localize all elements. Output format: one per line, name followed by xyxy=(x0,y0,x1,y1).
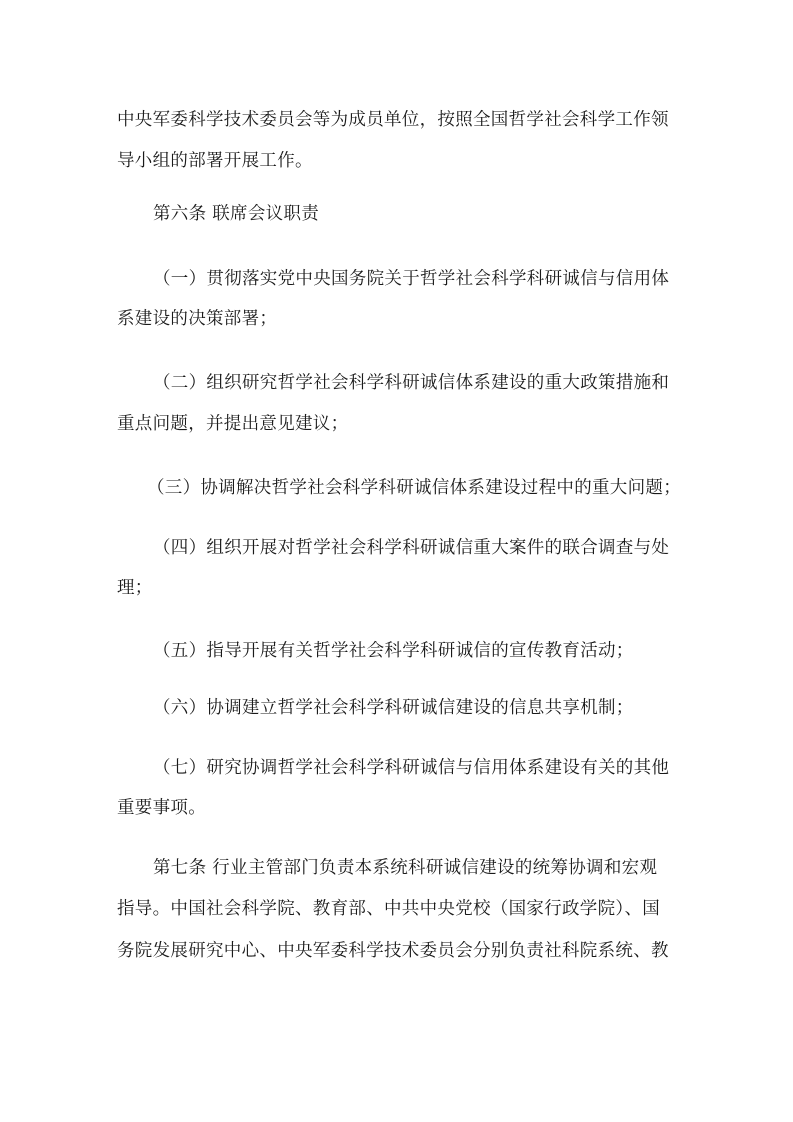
text-line: 指导。中国社会科学院、教育部、中共中央党校（国家行政学院）、国 xyxy=(117,898,660,920)
article-heading-6: 第六条 联席会议职责 xyxy=(153,203,319,225)
text-line: 中央军委科学技术委员会等为成员单位，按照全国哲学社会科学工作领 xyxy=(117,109,669,131)
list-item-2: （二）组织研究哲学社会科学科研诚信体系建设的重大政策措施和 xyxy=(153,372,669,394)
text-line: 理； xyxy=(117,577,153,599)
text-line: 导小组的部署开展工作。 xyxy=(117,150,313,172)
article-heading-7: 第七条 行业主管部门负责本系统科研诚信建设的统筹协调和宏观 xyxy=(153,857,657,879)
text-line: 系建设的决策部署； xyxy=(117,308,277,330)
list-item-6: （六）协调建立哲学社会科学科研诚信建设的信息共享机制； xyxy=(153,697,634,719)
list-item-7: （七）研究协调哲学社会科学科研诚信与信用体系建设有关的其他 xyxy=(153,757,669,779)
list-item-4: （四）组织开展对哲学社会科学科研诚信重大案件的联合调查与处 xyxy=(153,537,669,559)
text-line: 务院发展研究中心、中央军委科学技术委员会分别负责社科院系统、教 xyxy=(117,940,669,962)
list-item-5: （五）指导开展有关哲学社会科学科研诚信的宣传教育活动； xyxy=(153,640,634,662)
list-item-3: （三）协调解决哲学社会科学科研诚信体系建设过程中的重大问题； xyxy=(147,477,681,499)
text-line: 重点问题，并提出意见建议； xyxy=(117,413,348,435)
list-item-1: （一）贯彻落实党中央国务院关于哲学社会科学科研诚信与信用体 xyxy=(153,268,669,290)
text-line: 重要事项。 xyxy=(117,797,206,819)
